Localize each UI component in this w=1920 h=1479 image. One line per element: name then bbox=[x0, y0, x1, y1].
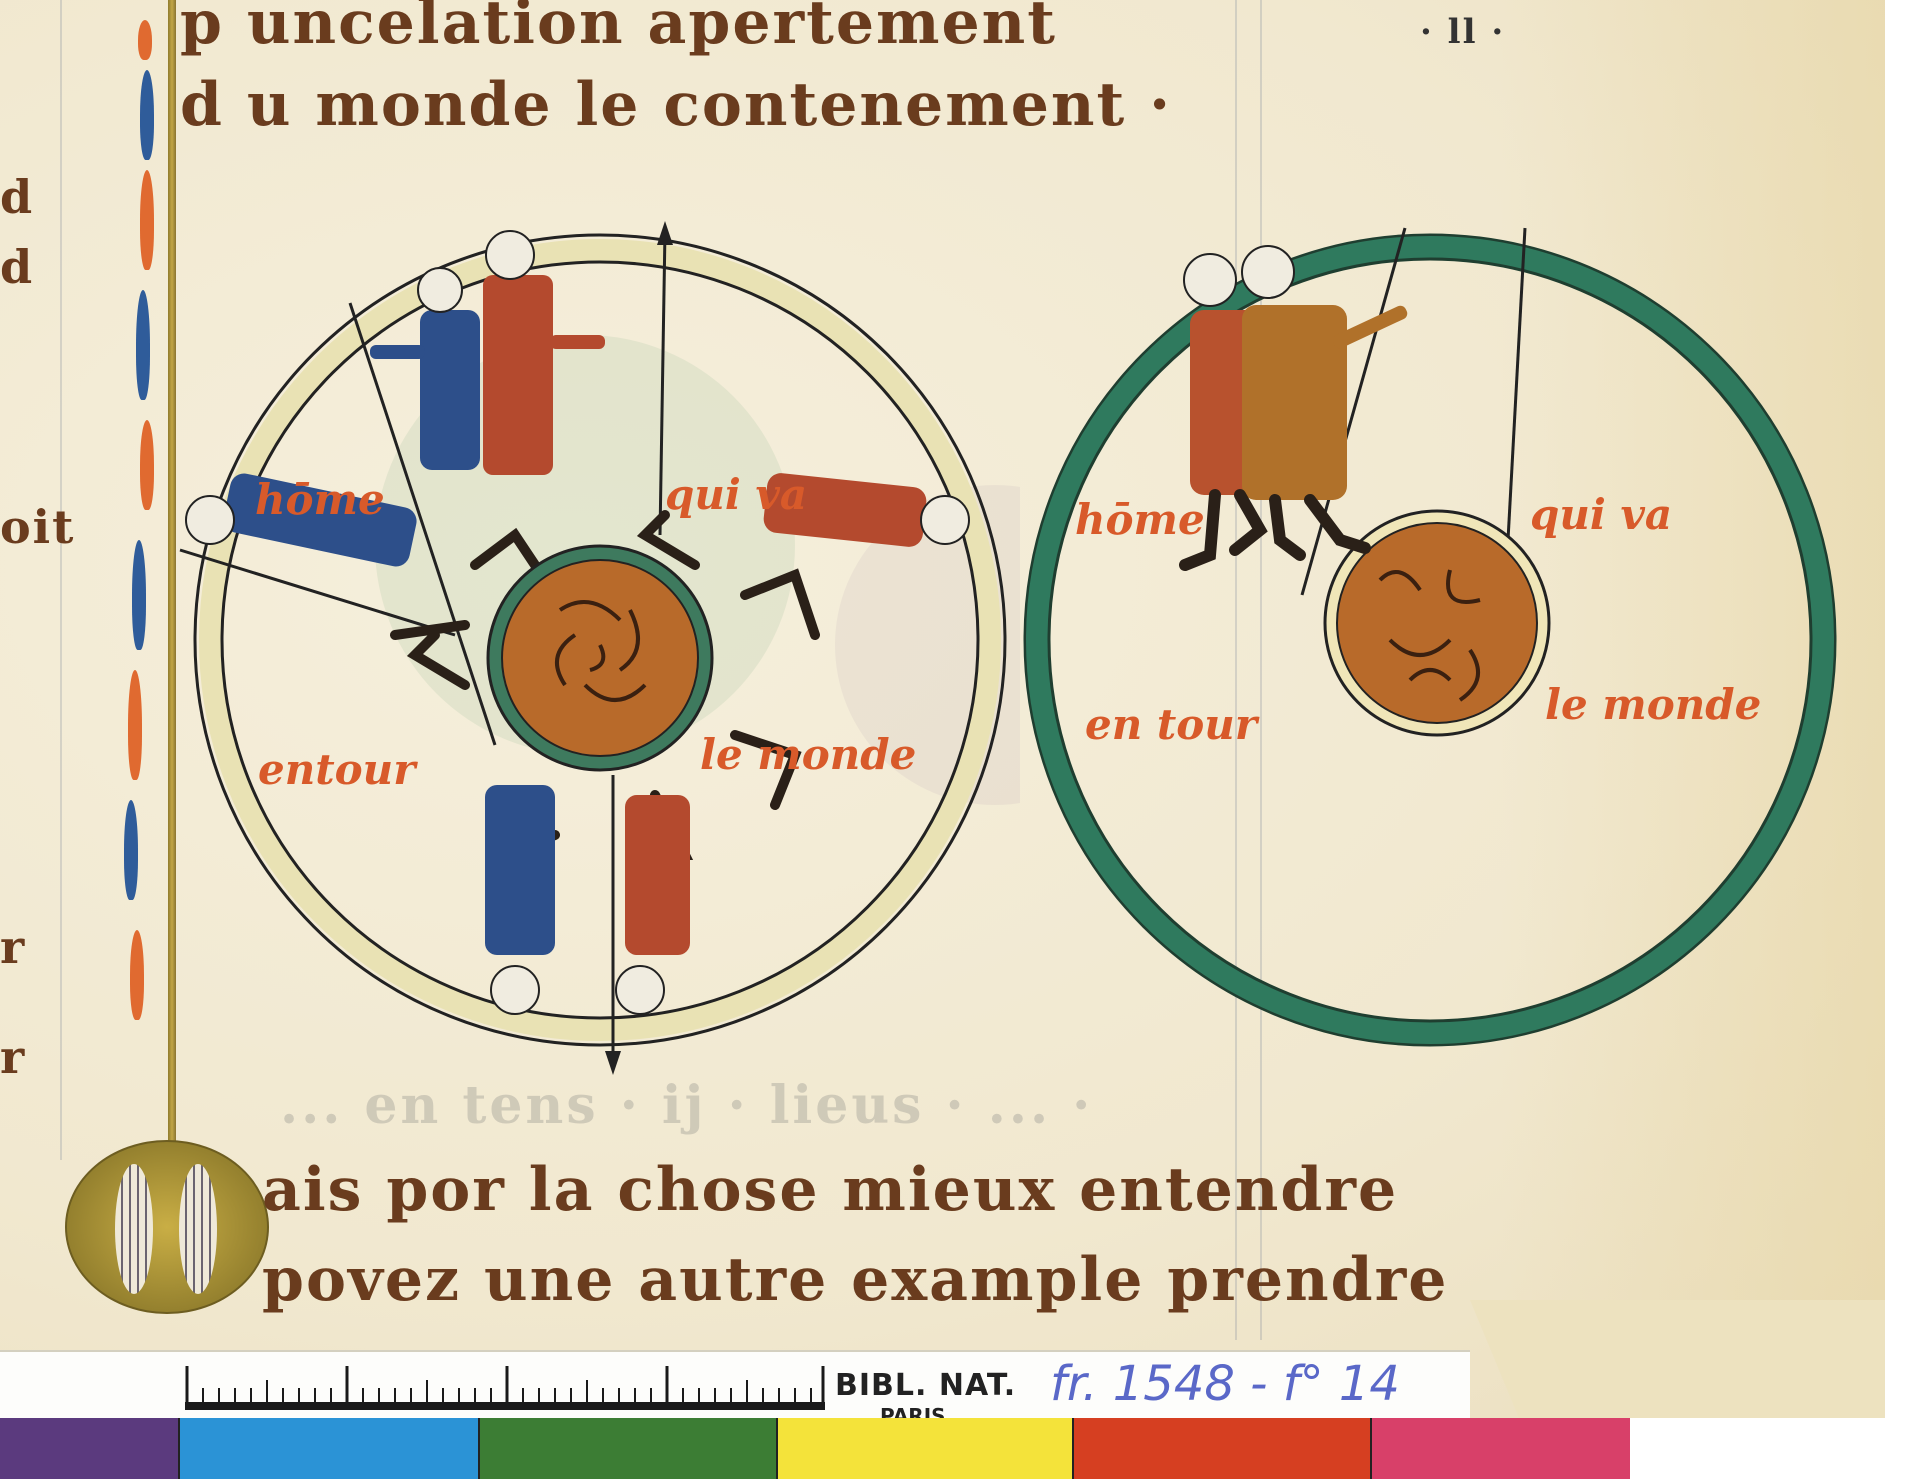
circle-diagram-right bbox=[1010, 210, 1860, 1080]
label-right-bottom-left: en tour bbox=[1085, 700, 1257, 749]
label-left-bottom-right: le monde bbox=[700, 730, 916, 779]
line-filler-mark bbox=[136, 290, 150, 400]
line-filler-mark bbox=[140, 70, 154, 160]
line-filler-mark bbox=[140, 170, 154, 270]
label-right-top-left: hōme bbox=[1075, 495, 1205, 544]
line-filler-mark bbox=[130, 930, 144, 1020]
gilded-initial bbox=[65, 1140, 269, 1314]
page-edge bbox=[1885, 0, 1920, 1420]
line-filler-mark bbox=[132, 540, 146, 650]
line-filler-mark bbox=[140, 420, 154, 510]
figure-blue-top bbox=[420, 310, 480, 470]
ruling-line bbox=[60, 0, 62, 1160]
initial-stripe-left bbox=[115, 1164, 153, 1294]
swatch-yellow bbox=[778, 1418, 1074, 1479]
text-line-bottom-2: povez une autre example prendre bbox=[262, 1245, 1448, 1315]
label-left-top-right: qui va bbox=[665, 470, 807, 519]
page-corner-overhang bbox=[1470, 1300, 1885, 1420]
swatch-purple bbox=[0, 1418, 180, 1479]
color-calibration-bar bbox=[0, 1418, 1920, 1479]
folio-number: · ll · bbox=[1420, 12, 1505, 52]
library-city-label: PARIS bbox=[880, 1404, 946, 1418]
initial-stripe-right bbox=[179, 1164, 217, 1294]
line-filler-mark bbox=[124, 800, 138, 900]
library-label: BIBL. NAT. bbox=[835, 1368, 1016, 1403]
margin-fragment: oit bbox=[0, 500, 75, 554]
label-left-bottom-left: entour bbox=[258, 745, 415, 794]
swatch-cyan bbox=[180, 1418, 480, 1479]
line-filler-mark bbox=[128, 670, 142, 780]
show-through-text: ... en tens · ij · lieus · ... · bbox=[280, 1075, 1093, 1136]
margin-fragment: d bbox=[0, 170, 34, 224]
swatch-magenta bbox=[1372, 1418, 1630, 1479]
swatch-green bbox=[480, 1418, 778, 1479]
shelfmark-handwritten: fr. 1548 - f° 14 bbox=[1050, 1356, 1400, 1412]
manuscript-page: d d oit r r p uncelation apertement d u … bbox=[0, 0, 1898, 1420]
color-bar-end bbox=[1630, 1418, 1920, 1479]
margin-fragment: r bbox=[0, 1030, 26, 1084]
measurement-ruler: BIBL. NAT. PARIS fr. 1548 - f° 14 bbox=[0, 1350, 1470, 1418]
text-line-top-1: p uncelation apertement bbox=[180, 0, 1057, 58]
line-filler-mark bbox=[138, 20, 152, 60]
label-right-bottom-right: le monde bbox=[1545, 680, 1761, 729]
text-line-top-2: d u monde le contenement · bbox=[180, 70, 1172, 140]
label-left-top-left: hōme bbox=[255, 475, 385, 524]
ruler-scale bbox=[185, 1366, 825, 1412]
margin-fragment: d bbox=[0, 240, 34, 294]
text-line-bottom-1: ais por la chose mieux entendre bbox=[262, 1155, 1398, 1225]
margin-fragment: r bbox=[0, 920, 26, 974]
swatch-red bbox=[1074, 1418, 1372, 1479]
label-right-top-right: qui va bbox=[1530, 490, 1672, 539]
wheel-diagram-left bbox=[175, 215, 1020, 1075]
